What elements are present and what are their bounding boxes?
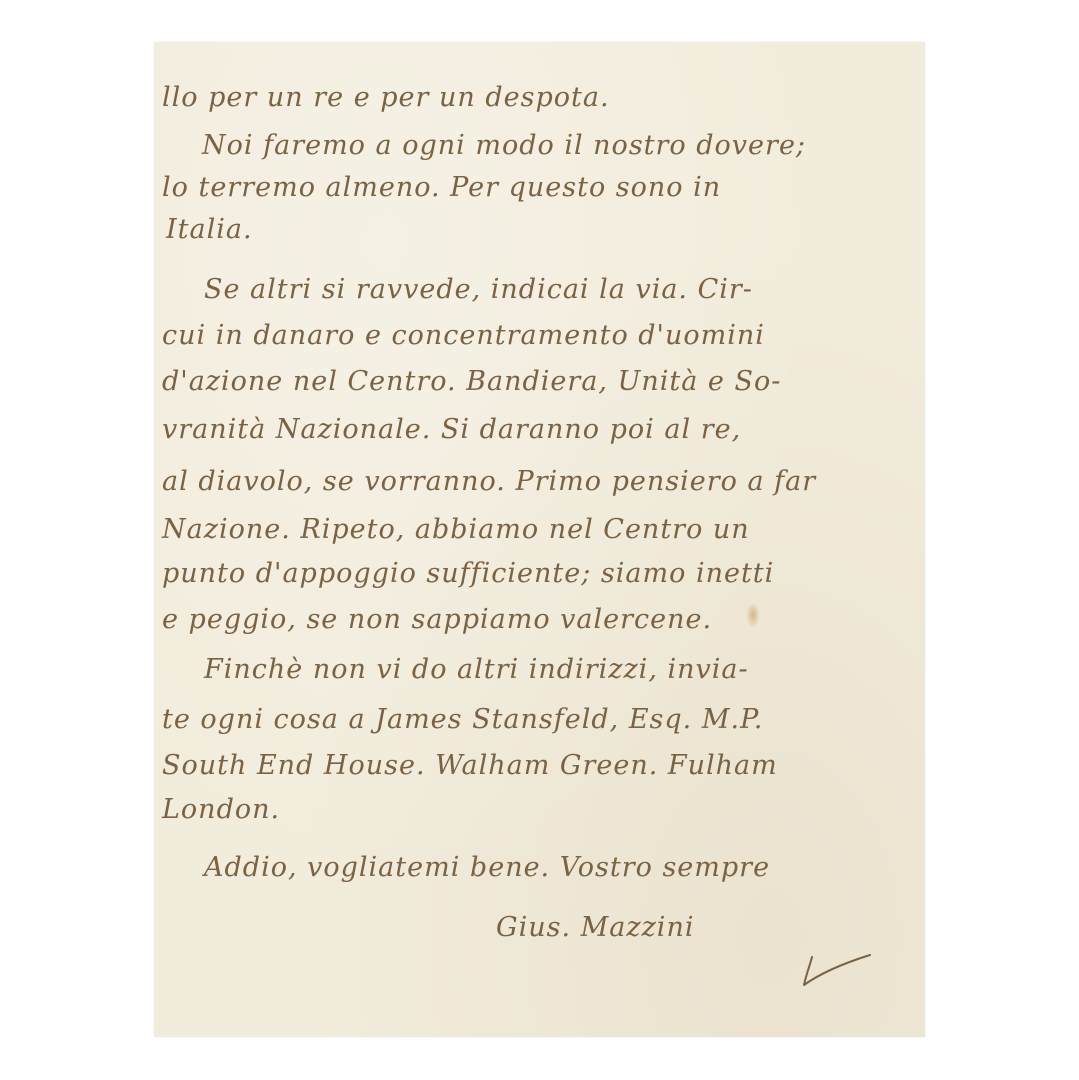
letter-line-4: Italia. <box>166 214 253 245</box>
letter-page: llo per un re e per un despota. Noi fare… <box>154 42 925 1037</box>
letter-closing: Addio, vogliatemi bene. Vostro sempre <box>204 852 770 883</box>
letter-line-3: lo terremo almeno. Per questo sono in <box>162 172 721 203</box>
letter-line-11: punto d'appoggio sufficiente; siamo inet… <box>162 558 774 589</box>
letter-line-1: llo per un re e per un despota. <box>162 82 610 113</box>
signature: Gius. Mazzini <box>496 912 694 943</box>
ink-stain <box>746 602 760 628</box>
letter-line-10: Nazione. Ripeto, abbiamo nel Centro un <box>162 514 750 545</box>
letter-line-13: Finchè non vi do altri indirizzi, invia- <box>204 654 749 685</box>
letter-line-16: London. <box>162 794 280 825</box>
letter-line-2: Noi faremo a ogni modo il nostro dovere; <box>202 130 806 161</box>
letter-line-9: al diavolo, se vorranno. Primo pensiero … <box>162 466 816 497</box>
letter-line-12: e peggio, se non sappiamo valercene. <box>162 604 712 635</box>
letter-line-5: Se altri si ravvede, indicai la via. Cir… <box>204 274 753 305</box>
continuation-mark-icon <box>794 947 874 987</box>
letter-line-14: te ogni cosa a James Stansfeld, Esq. M.P… <box>162 704 763 735</box>
letter-line-8: vranità Nazionale. Si daranno poi al re, <box>162 414 741 445</box>
letter-line-15: South End House. Walham Green. Fulham <box>162 750 778 781</box>
letter-line-6: cui in danaro e concentramento d'uomini <box>162 320 765 351</box>
letter-line-7: d'azione nel Centro. Bandiera, Unità e S… <box>162 366 781 397</box>
